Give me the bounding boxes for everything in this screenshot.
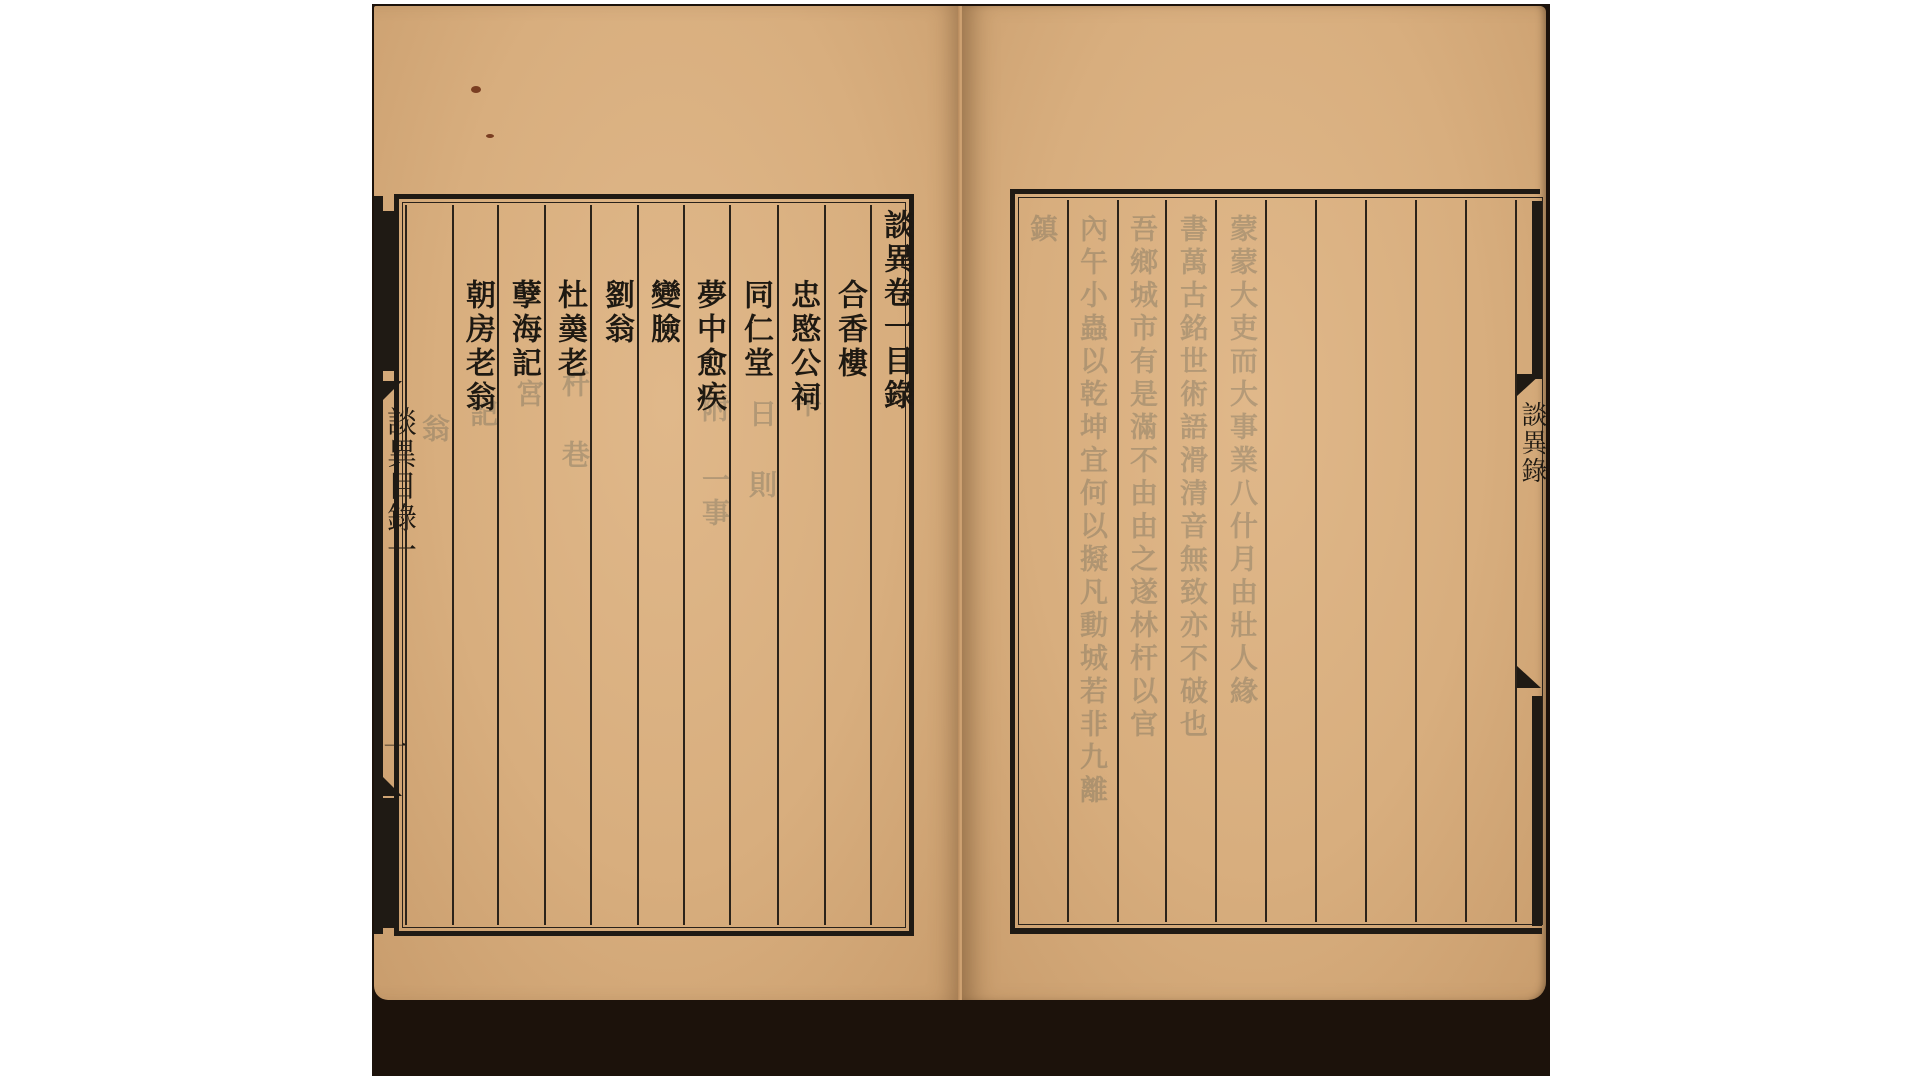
show-through-text: 蒙蒙大吏而大事業八什月由壯人緣 xyxy=(1225,214,1259,709)
right-frame-bottom xyxy=(1010,928,1542,934)
ink-stain xyxy=(486,134,494,138)
banxin-black-mouth-bottom xyxy=(382,798,394,928)
show-through-text: 杆 巷 xyxy=(557,369,591,473)
show-through-text: 內午小蟲以乾坤宜何以擬凡動城若非九離 xyxy=(1075,214,1109,808)
toc-entry: 劉翁 xyxy=(598,279,634,347)
banxin-black-mouth-top xyxy=(1532,201,1542,379)
toc-entry: 朝房老翁 xyxy=(459,279,495,415)
banxin-black-mouth-bottom xyxy=(1532,696,1542,926)
book-scan: 談異目錄一 一 午 日 則 附 一事 杆 巷 宮 記 翁 xyxy=(372,4,1550,1076)
show-through-text: 吾鄉城市有是滿不由由之遂林杆以官 xyxy=(1125,214,1159,742)
toc-entry: 杜羮老 xyxy=(551,279,587,381)
right-page-frame: 鎮 內午小蟲以乾坤宜何以擬凡動城若非九離 吾鄉城市有是滿不由由之遂林杆以官 書萬… xyxy=(1010,189,1540,933)
left-page-frame: 午 日 則 附 一事 杆 巷 宮 記 翁 談異卷一目錄 合香樓 忠愍公祠 同仁堂… xyxy=(394,194,914,936)
toc-entry: 孽海記 xyxy=(505,279,541,381)
toc-entry: 合香樓 xyxy=(831,279,867,381)
toc-entry: 變臉 xyxy=(644,279,680,347)
show-through-text: 鎮 xyxy=(1025,214,1059,247)
toc-title: 談異卷一目錄 xyxy=(877,209,913,413)
show-through-text: 書萬古銘世術語滑清音無致亦不破也 xyxy=(1175,214,1209,742)
show-through-text: 日 則 xyxy=(744,399,778,503)
ink-stain xyxy=(471,86,481,93)
left-page: 談異目錄一 一 午 日 則 附 一事 杆 巷 宮 記 翁 xyxy=(374,6,960,1000)
toc-entry: 夢中愈疾 xyxy=(690,279,726,415)
toc-entry: 忠愍公祠 xyxy=(784,279,820,415)
show-through-text: 翁 xyxy=(417,414,451,447)
right-banxin-label: 談異錄 xyxy=(1514,401,1551,485)
right-page: 鎮 內午小蟲以乾坤宜何以擬凡動城若非九離 吾鄉城市有是滿不由由之遂林杆以官 書萬… xyxy=(962,6,1546,1000)
toc-entry: 同仁堂 xyxy=(737,279,773,381)
banxin-black-mouth-top xyxy=(382,211,394,371)
show-through-text: 宮 xyxy=(511,379,545,412)
